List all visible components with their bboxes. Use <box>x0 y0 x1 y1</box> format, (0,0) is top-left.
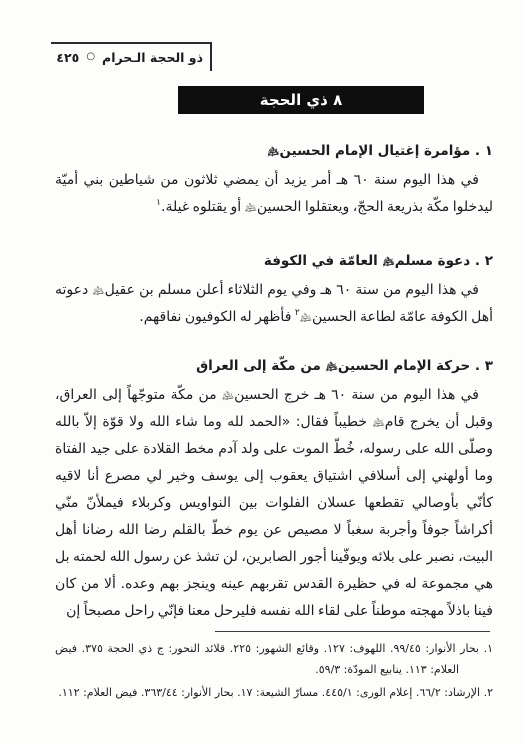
circle-separator-icon: ○ <box>86 51 95 62</box>
text-segment: أو يقتلوه غيلة. <box>161 199 245 215</box>
section-2-heading: ٢ . دعوة مسلم﵇ العامّة في الكوفة <box>55 251 493 271</box>
honorific-symbol: ﵇ <box>300 313 312 324</box>
section-muslim-call-kufa: ٢ . دعوة مسلم﵇ العامّة في الكوفة في هذا … <box>55 251 493 331</box>
text-segment: ١ . مؤامرة إغتيال الإمام الحسين <box>279 143 493 159</box>
honorific-symbol: ﵇ <box>245 203 257 214</box>
honorific-symbol: ﵇ <box>92 286 104 297</box>
honorific-symbol: ﵇ <box>267 147 279 158</box>
footnote-2: ٢. الإرشاد: ٦٦/٢. إعلام الورى: ٤٤٥/١. مس… <box>55 682 493 703</box>
honorific-symbol: ﵇ <box>326 362 338 373</box>
text-segment: ٢ . دعوة مسلم <box>395 253 493 269</box>
text-segment: خطيباً فقال: «الحمد لله وما شاء الله ولا… <box>55 414 493 619</box>
book-page: ذو الحجة الـحرام ○ ٤٢٥ ٨ ذي الحجة ١ . مؤ… <box>0 0 525 744</box>
text-segment: العامّة في الكوفة <box>264 253 383 269</box>
text-segment: في هذا اليوم سنة ٦٠ هـ أمر يزيد أن يمضي … <box>55 172 493 215</box>
section-3-paragraph: في هذا اليوم من سنة ٦٠ هـ خرج الحسين﵇ من… <box>55 382 493 625</box>
honorific-symbol: ﵇ <box>222 391 234 402</box>
footnote-1: ١. بحار الأنوار: ٩٩/٤٥. اللهوف: ١٢٧. وقا… <box>55 638 493 680</box>
chapter-title: ذو الحجة الـحرام <box>102 50 203 65</box>
section-2-paragraph: في هذا اليوم من سنة ٦٠ هـ وفي يوم الثلاث… <box>55 277 493 331</box>
footnotes: ١. بحار الأنوار: ٩٩/٤٥. اللهوف: ١٢٧. وقا… <box>55 638 493 705</box>
section-imam-departure-iraq: ٣ . حركة الإمام الحسين﵇ من مكّة إلى العر… <box>55 356 493 625</box>
page-number: ٤٢٥ <box>56 50 79 65</box>
day-banner-label: ٨ ذي الحجة <box>260 91 343 109</box>
footnote-separator-rule <box>215 631 490 632</box>
text-segment: من مكّة إلى العراق <box>196 358 325 374</box>
honorific-symbol: ﵇ <box>373 418 385 429</box>
section-1-heading: ١ . مؤامرة إغتيال الإمام الحسين﵇ <box>55 141 493 161</box>
section-assassination-plot: ١ . مؤامرة إغتيال الإمام الحسين﵇ في هذا … <box>55 141 493 221</box>
page-header: ذو الحجة الـحرام ○ ٤٢٥ <box>51 42 212 71</box>
honorific-symbol: ﵇ <box>382 257 394 268</box>
section-3-heading: ٣ . حركة الإمام الحسين﵇ من مكّة إلى العر… <box>55 356 493 376</box>
text-segment: في هذا اليوم من سنة ٦٠ هـ وفي يوم الثلاث… <box>105 282 479 298</box>
text-segment: في هذا اليوم من سنة ٦٠ هـ خرج الحسين <box>234 387 479 403</box>
day-banner: ٨ ذي الحجة <box>178 86 424 114</box>
text-segment: ٣ . حركة الإمام الحسين <box>338 358 493 374</box>
section-1-paragraph: في هذا اليوم سنة ٦٠ هـ أمر يزيد أن يمضي … <box>55 167 493 221</box>
text-segment: فأظهر له الكوفيون نفاقهم. <box>139 309 295 325</box>
